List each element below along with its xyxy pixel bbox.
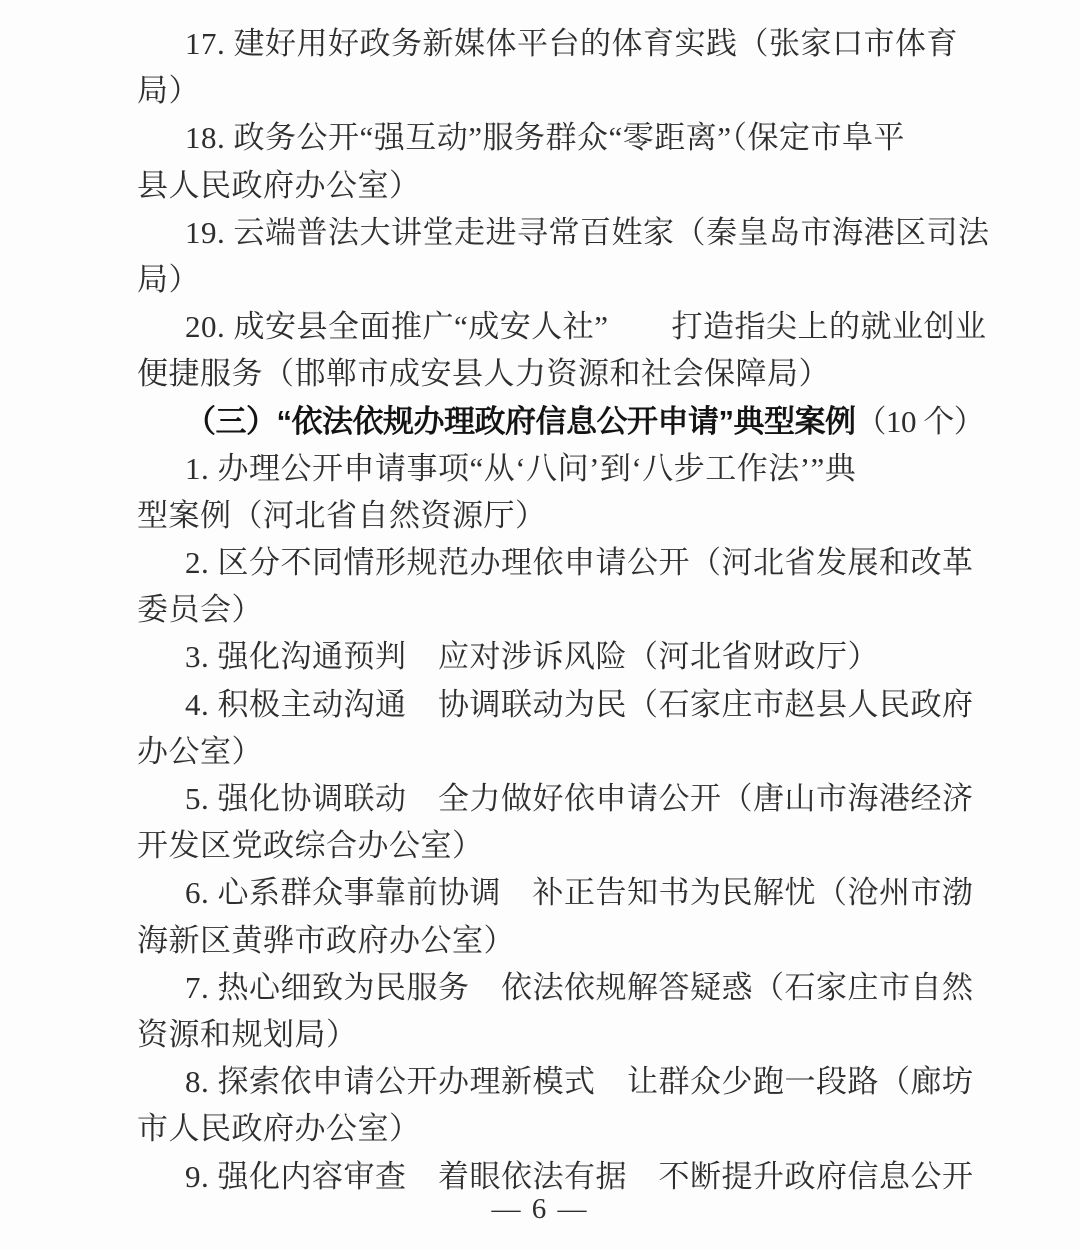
text-line: 委员会） [137, 586, 947, 633]
section-heading: （三）“依法依规办理政府信息公开申请”典型案例（10 个） [137, 398, 947, 445]
line-text: 2. 区分不同情形规范办理依申请公开（河北省发展和改革 [185, 545, 974, 580]
line-text: 1. 办理公开申请事项“从‘八问’到‘八步工作法’”典 [185, 451, 856, 486]
line-text: 资源和规划局） [137, 1017, 358, 1052]
line-text: 型案例（河北省自然资源厅） [137, 498, 547, 533]
text-line: 8. 探索依申请公开办理新模式 让群众少跑一段路（廊坊 [137, 1058, 947, 1105]
heading-bold-text: （三）“依法依规办理政府信息公开申请”典型案例 [185, 404, 856, 439]
text-line: 5. 强化协调联动 全力做好依申请公开（唐山市海港经济 [137, 775, 947, 822]
text-line: 型案例（河北省自然资源厅） [137, 492, 947, 539]
line-text: （10 个） [856, 404, 985, 439]
line-text: 8. 探索依申请公开办理新模式 让群众少跑一段路（廊坊 [185, 1064, 974, 1099]
text-line: 1. 办理公开申请事项“从‘八问’到‘八步工作法’”典 [137, 445, 947, 492]
text-line: 3. 强化沟通预判 应对涉诉风险（河北省财政厅） [137, 633, 947, 680]
line-text: 20. 成安县全面推广“成安人社” 打造指尖上的就业创业 [185, 309, 987, 344]
line-text: 19. 云端普法大讲堂走进寻常百姓家（秦皇岛市海港区司法 [185, 215, 990, 250]
document-body: 17. 建好用好政务新媒体平台的体育实践（张家口市体育局）18. 政务公开“强互… [137, 20, 947, 1200]
line-text: 7. 热心细致为民服务 依法依规解答疑惑（石家庄市自然 [185, 970, 974, 1005]
page-footer: — 6 — [0, 1188, 1080, 1230]
text-line: 20. 成安县全面推广“成安人社” 打造指尖上的就业创业 [137, 303, 947, 350]
text-line: 办公室） [137, 728, 947, 775]
text-line: 局） [137, 256, 947, 303]
line-text: 4. 积极主动沟通 协调联动为民（石家庄市赵县人民政府 [185, 687, 974, 722]
line-text: 17. 建好用好政务新媒体平台的体育实践（张家口市体育 [185, 26, 958, 61]
text-line: 海新区黄骅市政府办公室） [137, 917, 947, 964]
line-text: 局） [137, 73, 200, 108]
line-text: 海新区黄骅市政府办公室） [137, 923, 515, 958]
line-text: 局） [137, 262, 200, 297]
text-line: 7. 热心细致为民服务 依法依规解答疑惑（石家庄市自然 [137, 964, 947, 1011]
line-text: 委员会） [137, 592, 263, 627]
line-text: 3. 强化沟通预判 应对涉诉风险（河北省财政厅） [185, 639, 879, 674]
text-line: 市人民政府办公室） [137, 1105, 947, 1152]
text-line: 开发区党政综合办公室） [137, 822, 947, 869]
text-line: 19. 云端普法大讲堂走进寻常百姓家（秦皇岛市海港区司法 [137, 209, 947, 256]
text-line: 6. 心系群众事靠前协调 补正告知书为民解忧（沧州市渤 [137, 869, 947, 916]
text-line: 资源和规划局） [137, 1011, 947, 1058]
line-text: 市人民政府办公室） [137, 1111, 421, 1146]
line-text: 6. 心系群众事靠前协调 补正告知书为民解忧（沧州市渤 [185, 875, 974, 910]
text-line: 便捷服务（邯郸市成安县人力资源和社会保障局） [137, 350, 947, 397]
text-line: 局） [137, 67, 947, 114]
document-page: 17. 建好用好政务新媒体平台的体育实践（张家口市体育局）18. 政务公开“强互… [0, 0, 1080, 1250]
page-number: — 6 — [492, 1193, 589, 1225]
text-line: 县人民政府办公室） [137, 162, 947, 209]
line-text: 18. 政务公开“强互动”服务群众“零距离”（保定市阜平 [185, 120, 905, 155]
line-text: 开发区党政综合办公室） [137, 828, 484, 863]
line-text: 便捷服务（邯郸市成安县人力资源和社会保障局） [137, 356, 830, 391]
line-text: 县人民政府办公室） [137, 168, 421, 203]
line-text: 5. 强化协调联动 全力做好依申请公开（唐山市海港经济 [185, 781, 974, 816]
text-line: 17. 建好用好政务新媒体平台的体育实践（张家口市体育 [137, 20, 947, 67]
text-line: 18. 政务公开“强互动”服务群众“零距离”（保定市阜平 [137, 114, 947, 161]
text-line: 2. 区分不同情形规范办理依申请公开（河北省发展和改革 [137, 539, 947, 586]
text-line: 4. 积极主动沟通 协调联动为民（石家庄市赵县人民政府 [137, 681, 947, 728]
line-text: 办公室） [137, 734, 263, 769]
